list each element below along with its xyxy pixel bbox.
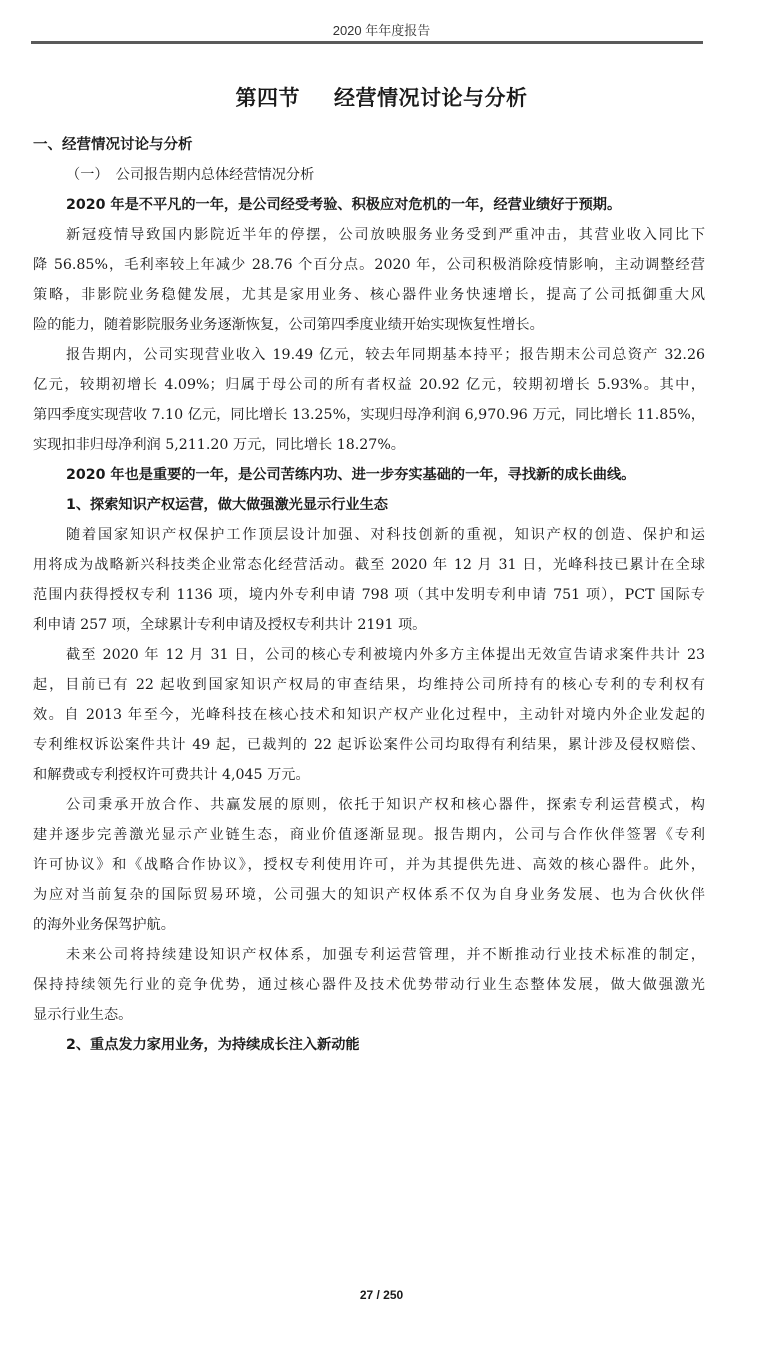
paragraph-line: 实现扣非归母净利润 5,211.20 万元，同比增长 18.27%。 (33, 430, 705, 460)
paragraph-line: 降 56.85%，毛利率较上年减少 28.76 个百分点。2020 年，公司积极… (33, 250, 705, 280)
bold-statement: 2020 年也是重要的一年，是公司苦练内功、进一步夯实基础的一年，寻找新的成长曲… (33, 460, 705, 490)
paragraph-line: 报告期内，公司实现营业收入 19.49 亿元，较去年同期基本持平；报告期末公司总… (33, 340, 705, 370)
heading-level-2: （一） 公司报告期内总体经营情况分析 (33, 160, 705, 190)
paragraph-line: 公司秉承开放合作、共赢发展的原则，依托于知识产权和核心器件，探索专利运营模式，构 (33, 790, 705, 820)
paragraph-line: 策略，非影院业务稳健发展，尤其是家用业务、核心器件业务快速增长，提高了公司抵御重… (33, 280, 705, 310)
section-number: 第四节 (236, 86, 301, 110)
paragraph-line: 建并逐步完善激光显示产业链生态，商业价值逐渐显现。报告期内，公司与合作伙伴签署《… (33, 820, 705, 850)
running-header: 2020 年年度报告 (0, 20, 763, 39)
paragraph-line: 效。自 2013 年至今，光峰科技在核心技术和知识产权产业化过程中，主动针对境内… (33, 700, 705, 730)
bold-statement: 2020 年是不平凡的一年，是公司经受考验、积极应对危机的一年，经营业绩好于预期… (33, 190, 705, 220)
paragraph-line: 新冠疫情导致国内影院近半年的停摆，公司放映服务业务受到严重冲击，其营业收入同比下 (33, 220, 705, 250)
paragraph-line: 利申请 257 项，全球累计专利申请及授权专利共计 2191 项。 (33, 610, 705, 640)
section-title: 第四节经营情况讨论与分析 (0, 82, 763, 112)
paragraph-line: 未来公司将持续建设知识产权体系，加强专利运营管理，并不断推动行业技术标准的制定， (33, 940, 705, 970)
paragraph-line: 范围内获得授权专利 1136 项，境内外专利申请 798 项（其中发明专利申请 … (33, 580, 705, 610)
subsection-heading: 1、探索知识产权运营，做大做强激光显示行业生态 (33, 490, 705, 520)
paragraph-line: 随着国家知识产权保护工作顶层设计加强、对科技创新的重视，知识产权的创造、保护和运 (33, 520, 705, 550)
document-body: 一、经营情况讨论与分析 （一） 公司报告期内总体经营情况分析 2020 年是不平… (33, 130, 705, 1060)
page-number: 27 / 250 (0, 1288, 763, 1302)
paragraph-line: 第四季度实现营收 7.10 亿元，同比增长 13.25%，实现归母净利润 6,9… (33, 400, 705, 430)
section-name: 经营情况讨论与分析 (334, 86, 528, 110)
heading-level-1: 一、经营情况讨论与分析 (33, 130, 705, 160)
paragraph-line: 亿元，较期初增长 4.09%；归属于母公司的所有者权益 20.92 亿元，较期初… (33, 370, 705, 400)
paragraph-line: 截至 2020 年 12 月 31 日，公司的核心专利被境内外多方主体提出无效宣… (33, 640, 705, 670)
header-divider (31, 41, 703, 44)
paragraph-line: 显示行业生态。 (33, 1000, 705, 1030)
paragraph-line: 保持持续领先行业的竞争优势，通过核心器件及技术优势带动行业生态整体发展，做大做强… (33, 970, 705, 1000)
paragraph-line: 许可协议》和《战略合作协议》，授权专利使用许可，并为其提供先进、高效的核心器件。… (33, 850, 705, 880)
paragraph-line: 用将成为战略新兴科技类企业常态化经营活动。截至 2020 年 12 月 31 日… (33, 550, 705, 580)
paragraph-line: 为应对当前复杂的国际贸易环境，公司强大的知识产权体系不仅为自身业务发展、也为合伙… (33, 880, 705, 910)
paragraph-line: 的海外业务保驾护航。 (33, 910, 705, 940)
subsection-heading: 2、重点发力家用业务，为持续成长注入新动能 (33, 1030, 705, 1060)
paragraph-line: 和解费或专利授权许可费共计 4,045 万元。 (33, 760, 705, 790)
paragraph-line: 险的能力，随着影院服务业务逐渐恢复，公司第四季度业绩开始实现恢复性增长。 (33, 310, 705, 340)
paragraph-line: 专利维权诉讼案件共计 49 起，已裁判的 22 起诉讼案件公司均取得有利结果，累… (33, 730, 705, 760)
paragraph-line: 起，目前已有 22 起收到国家知识产权局的审查结果，均维持公司所持有的核心专利的… (33, 670, 705, 700)
